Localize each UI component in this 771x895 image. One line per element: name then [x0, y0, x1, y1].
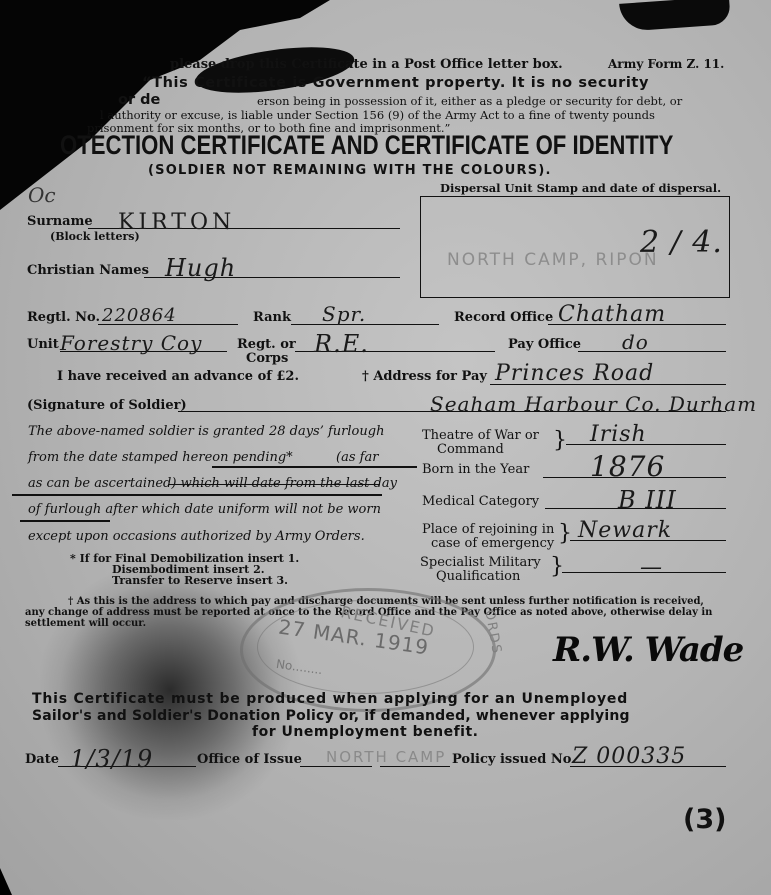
footnote-3: Transfer to Reserve insert 3.: [112, 574, 288, 587]
regt-corps-label-1: Regt. or: [237, 337, 296, 352]
furlough-line-2b: (as far: [336, 450, 378, 465]
drop-notice: please drop this Certificate in a Post O…: [170, 57, 563, 72]
office-of-issue-value[interactable]: NORTH CAMP: [326, 748, 446, 766]
furlough-underline-1: [212, 466, 417, 468]
address-value-2[interactable]: Seaham Harbour Co. Durham: [430, 392, 757, 416]
furlough-line-5: except upon occasions authorized by Army…: [28, 529, 365, 544]
warning-line-2a: or de: [118, 92, 160, 108]
certificate-page: please drop this Certificate in a Post O…: [0, 0, 771, 895]
rejoin-label-1: Place of rejoining in: [422, 522, 554, 537]
specialist-label-2: Qualification: [436, 569, 520, 584]
officer-signature: R.W. Wade: [553, 630, 743, 670]
pay-office-value[interactable]: do: [622, 330, 649, 354]
dispersal-date-handwritten: 2 / 4.: [640, 225, 723, 260]
born-value[interactable]: 1876: [590, 450, 665, 483]
address-label: † Address for Pay: [362, 369, 487, 384]
office-line-1: [300, 766, 372, 767]
medical-label: Medical Category: [422, 494, 539, 509]
theatre-brace: }: [553, 430, 567, 452]
born-label: Born in the Year: [422, 462, 529, 477]
pay-office-label: Pay Office: [508, 337, 581, 352]
pay-office-line: [578, 351, 726, 352]
furlough-strikethrough: [168, 484, 380, 485]
warning-line-3: l authority or excuse, is liable under S…: [100, 108, 655, 122]
furlough-underline-2: [12, 494, 382, 496]
regtl-no-label: Regtl. No.: [27, 310, 100, 325]
policy-label: Policy issued No: [452, 752, 571, 767]
surname-value[interactable]: KIRTON: [118, 210, 235, 235]
unemployment-line-1: This Certificate must be produced when a…: [32, 691, 628, 707]
christian-names-label: Christian Names: [27, 263, 149, 278]
torn-corner-bottom-left: [0, 868, 12, 895]
furlough-line-2: from the date stamped hereon pending*: [28, 450, 293, 465]
rejoin-brace: }: [558, 523, 572, 545]
policy-value[interactable]: Z 000335: [572, 744, 686, 769]
torn-corner-top-right: [619, 0, 731, 32]
signature-label: (Signature of Soldier): [27, 398, 187, 413]
stamp-area-label: Dispersal Unit Stamp and date of dispers…: [440, 181, 721, 195]
furlough-line-4: of furlough after which date uniform wil…: [28, 502, 381, 517]
specialist-brace: }: [550, 556, 564, 578]
margin-note: Oc: [28, 183, 56, 207]
address-value-1[interactable]: Princes Road: [495, 361, 654, 386]
specialist-label-1: Specialist Military: [420, 555, 541, 570]
specialist-value[interactable]: —: [640, 555, 663, 580]
unemployment-line-2: Sailor's and Soldier's Donation Policy o…: [32, 708, 630, 724]
regtl-no-value[interactable]: 220864: [102, 305, 177, 326]
dispersal-stamp-text: NORTH CAMP, RIPON: [447, 250, 659, 270]
form-number: Army Form Z. 11.: [608, 57, 724, 71]
page-number: (3): [683, 804, 726, 835]
rank-label: Rank: [253, 310, 291, 325]
unit-value[interactable]: Forestry Coy: [60, 331, 202, 355]
unit-label: Unit: [27, 337, 59, 352]
theatre-value[interactable]: Irish: [590, 422, 647, 447]
unemployment-line-3: for Unemployment benefit.: [252, 724, 478, 740]
medical-value[interactable]: B III: [618, 486, 677, 514]
rank-value[interactable]: Spr.: [322, 302, 366, 326]
record-office-value[interactable]: Chatham: [558, 302, 666, 327]
warning-line-2b: erson being in possession of it, either …: [257, 94, 682, 108]
date-label: Date: [25, 752, 59, 767]
furlough-underline-3: [20, 520, 110, 522]
date-value[interactable]: 1/3/19: [70, 745, 153, 773]
christian-names-value[interactable]: Hugh: [165, 254, 236, 282]
office-line-2: [380, 766, 450, 767]
rejoin-label-2: case of emergency: [431, 536, 554, 551]
rejoin-value[interactable]: Newark: [578, 518, 672, 543]
document-subtitle: (SOLDIER NOT REMAINING WITH THE COLOURS)…: [148, 163, 552, 178]
record-office-label: Record Office: [454, 310, 553, 325]
theatre-label-1: Theatre of War or: [422, 428, 539, 443]
furlough-line-1: The above-named soldier is granted 28 da…: [28, 424, 384, 439]
advance-text: I have received an advance of £2.: [57, 369, 299, 384]
surname-label: Surname: [27, 214, 93, 229]
theatre-label-2: Command: [437, 442, 504, 457]
document-title: OTECTION CERTIFICATE AND CERTIFICATE OF …: [60, 130, 673, 161]
regt-corps-value[interactable]: R.E.: [314, 330, 369, 358]
office-of-issue-label: Office of Issue: [197, 752, 302, 767]
address-notice-line-3: settlement will occur.: [25, 618, 146, 629]
warning-line-1: “This Certificate is Government property…: [142, 75, 649, 91]
regt-corps-label-2: Corps: [246, 351, 288, 366]
